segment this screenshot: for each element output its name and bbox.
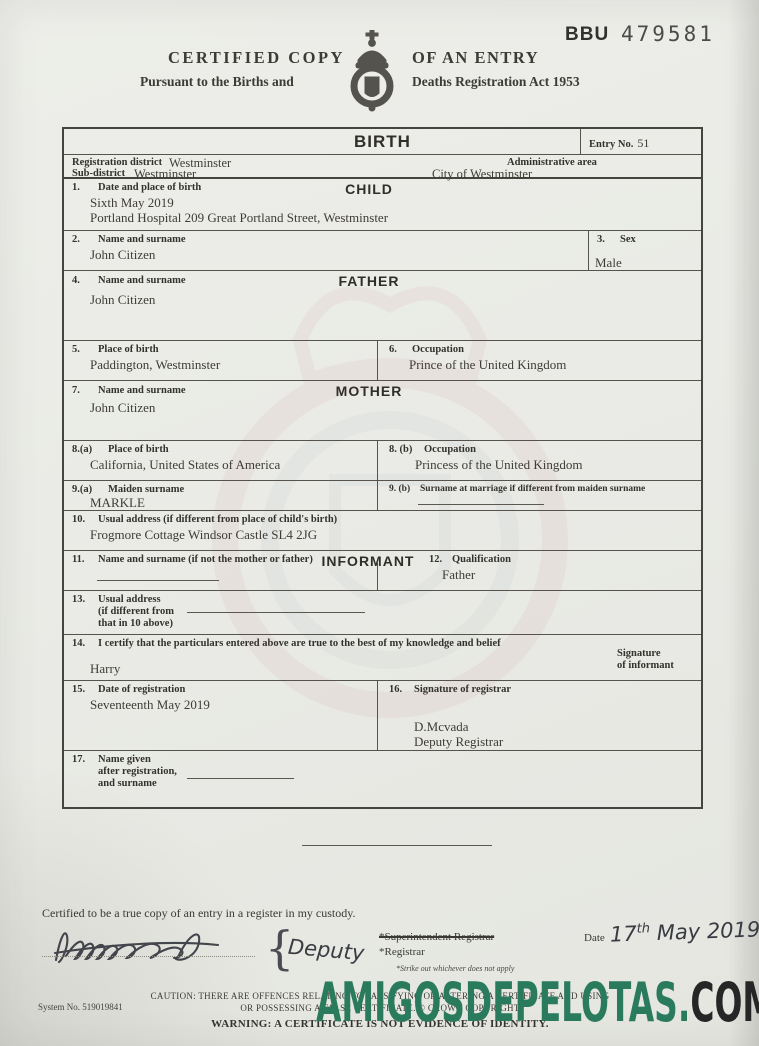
field-11-label: Name and surname (if not the mother or f… <box>98 554 313 565</box>
field-16-value-line2: Deputy Registrar <box>414 734 503 750</box>
field-8b-num: 8. (b) <box>389 444 412 455</box>
header-left-title: CERTIFIED COPY <box>168 48 345 68</box>
field-1-row: 1. Date and place of birth CHILD Sixth M… <box>64 179 701 230</box>
header-right-subtitle: Deaths Registration Act 1953 <box>412 74 580 90</box>
field-9b-blank-line <box>418 503 544 505</box>
field-12-label: Qualification <box>452 554 511 565</box>
signature-of-informant-label-line2: of informant <box>617 660 674 671</box>
field-15-num: 15. <box>72 684 85 695</box>
field-2-value: John Citizen <box>90 247 155 263</box>
field-8b-value: Princess of the United Kingdom <box>415 457 583 473</box>
certified-copy-statement: Certified to be a true copy of an entry … <box>42 906 355 921</box>
registrar-label: *Registrar <box>379 946 425 958</box>
field-3-label: Sex <box>620 234 636 245</box>
handwritten-role: Deputy <box>287 935 365 966</box>
field-17-num: 17. <box>72 754 85 765</box>
superintendent-registrar-label: *Superintendent Registrar <box>379 931 494 943</box>
date-label: Date <box>584 932 605 944</box>
separator-line <box>302 845 492 846</box>
entry-number-box: Entry No. 51 <box>580 129 649 154</box>
birth-certificate-scan: BBU 479581 CERTIFIED COPY Pursuant to th… <box>0 0 759 1046</box>
field-8a-label: Place of birth <box>108 444 169 455</box>
field-5-6-row: 5. Place of birth Paddington, Westminste… <box>64 340 701 380</box>
royal-arms-crest-icon <box>346 30 398 112</box>
field-1-value-line2: Portland Hospital 209 Great Portland Str… <box>90 210 388 226</box>
divider <box>377 441 378 480</box>
field-6-value: Prince of the United Kingdom <box>409 357 566 373</box>
divider <box>377 481 378 510</box>
field-16-label: Signature of registrar <box>414 684 511 695</box>
entry-no-value: 51 <box>637 136 649 150</box>
field-4-row: 4. Name and surname FATHER John Citizen <box>64 270 701 340</box>
sub-district-label: Sub-district <box>72 168 125 179</box>
field-2-3-row: 2. Name and surname John Citizen 3. Sex … <box>64 230 701 270</box>
field-9a-value: MARKLE <box>90 495 145 511</box>
field-16-value-line1: D.Mcvada <box>414 719 469 735</box>
form-title-row: BIRTH Entry No. 51 <box>64 129 701 154</box>
registration-row: Registration district Westminster Admini… <box>64 154 701 179</box>
field-11-12-row: 11. Name and surname (if not the mother … <box>64 550 701 590</box>
field-13-label-line3: that in 10 above) <box>98 618 173 629</box>
handwritten-date-day: 17 <box>610 922 638 947</box>
field-6-label: Occupation <box>412 344 464 355</box>
field-7-value: John Citizen <box>90 400 155 416</box>
field-6-num: 6. <box>389 344 397 355</box>
site-watermark: AMIGOSDEPELOTAS.COM <box>316 972 759 1034</box>
section-informant: INFORMANT <box>308 553 428 569</box>
field-3-value: Male <box>595 255 622 271</box>
field-5-num: 5. <box>72 344 80 355</box>
field-13-blank-line <box>187 611 365 613</box>
field-1-value-line1: Sixth May 2019 <box>90 195 174 211</box>
header-right-title: OF AN ENTRY <box>412 48 539 68</box>
serial-prefix: BBU <box>565 24 609 46</box>
field-15-value: Seventeenth May 2019 <box>90 697 210 713</box>
field-9b-label: Surname at marriage if different from ma… <box>420 484 645 494</box>
field-14-label: I certify that the particulars entered a… <box>98 638 501 649</box>
handwritten-date-rest: May 2019 <box>650 917 759 945</box>
field-14-row: 14. I certify that the particulars enter… <box>64 634 701 680</box>
handwritten-date: 17th May 2019 <box>610 917 759 946</box>
field-8a-num: 8.(a) <box>72 444 92 455</box>
field-15-16-row: 15. Date of registration Seventeenth May… <box>64 680 701 750</box>
field-10-num: 10. <box>72 514 85 525</box>
field-17-label-line2: after registration, <box>98 766 177 777</box>
field-17-label-line1: Name given <box>98 754 151 765</box>
field-11-blank-line <box>97 579 219 581</box>
field-3-num: 3. <box>597 234 605 245</box>
field-2-num: 2. <box>72 234 80 245</box>
field-5-label: Place of birth <box>98 344 159 355</box>
field-14-value: Harry <box>90 661 120 677</box>
field-9a-num: 9.(a) <box>72 484 92 495</box>
field-5-value: Paddington, Westminster <box>90 357 220 373</box>
field-9-row: 9.(a) Maiden surname MARKLE 9. (b) Surna… <box>64 480 701 510</box>
field-8a-value: California, United States of America <box>90 457 280 473</box>
serial-number: 479581 <box>621 22 715 46</box>
field-12-num: 12. <box>429 554 442 565</box>
field-13-num: 13. <box>72 594 85 605</box>
divider <box>588 231 589 270</box>
site-watermark-black: COM <box>690 972 759 1034</box>
field-12-value: Father <box>442 567 475 583</box>
birth-entry-form: BIRTH Entry No. 51 Registration district… <box>62 127 703 809</box>
field-4-value: John Citizen <box>90 292 155 308</box>
divider <box>377 681 378 750</box>
field-13-row: 13. Usual address (if different from tha… <box>64 590 701 634</box>
field-14-num: 14. <box>72 638 85 649</box>
field-11-num: 11. <box>72 554 85 565</box>
field-16-num: 16. <box>389 684 402 695</box>
field-8b-label: Occupation <box>424 444 476 455</box>
field-13-label-line1: Usual address <box>98 594 161 605</box>
registrar-signature <box>50 922 250 966</box>
section-father: FATHER <box>64 273 674 289</box>
field-10-label: Usual address (if different from place o… <box>98 514 337 525</box>
field-7-row: 7. Name and surname MOTHER John Citizen <box>64 380 701 440</box>
field-10-value: Frogmore Cottage Windsor Castle SL4 2JG <box>90 527 317 543</box>
header-left-subtitle: Pursuant to the Births and <box>140 74 294 90</box>
field-13-label-line2: (if different from <box>98 606 174 617</box>
handwritten-date-ordinal: th <box>636 921 650 936</box>
field-2-label: Name and surname <box>98 234 186 245</box>
signature-dotted-line <box>42 955 255 957</box>
signature-of-informant-label-line1: Signature <box>617 648 661 659</box>
divider <box>377 341 378 380</box>
site-watermark-green: AMIGOSDEPELOTAS. <box>316 972 690 1034</box>
entry-no-label: Entry No. <box>589 139 633 150</box>
field-8-row: 8.(a) Place of birth California, United … <box>64 440 701 480</box>
field-17-blank-line <box>187 777 294 779</box>
field-9a-label: Maiden surname <box>108 484 184 495</box>
field-17-row: 17. Name given after registration, and s… <box>64 750 701 807</box>
section-mother: MOTHER <box>64 383 674 399</box>
field-9b-num: 9. (b) <box>389 484 410 494</box>
field-15-label: Date of registration <box>98 684 185 695</box>
field-17-label-line3: and surname <box>98 778 157 789</box>
field-10-row: 10. Usual address (if different from pla… <box>64 510 701 550</box>
